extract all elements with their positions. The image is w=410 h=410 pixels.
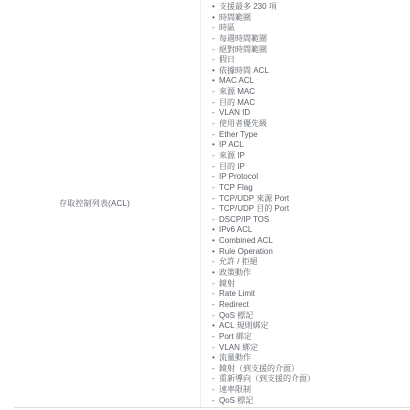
- dash-icon: -: [212, 204, 219, 215]
- list-item-text: 重新導向（到支援的介面）: [219, 374, 315, 383]
- list-item: •MAC ACL: [212, 76, 410, 87]
- list-item-text: 假日: [219, 55, 235, 64]
- list-item: -速率限制: [212, 385, 410, 396]
- list-item: -DSCP/IP TOS: [212, 215, 410, 226]
- list-item: -來源 IP: [212, 151, 410, 162]
- spec-table-row-acl: 存取控制列表(ACL) •支援最多 230 項•時間範圍-時區-每週時間範圍-絕…: [14, 0, 410, 408]
- list-item-text: TCP Flag: [219, 183, 253, 192]
- list-item-text: 速率限制: [219, 385, 251, 394]
- dash-icon: -: [212, 162, 219, 173]
- list-item-text: Port 綁定: [219, 332, 252, 341]
- list-item-text: Redirect: [219, 300, 249, 309]
- list-item-text: 支援最多 230 項: [219, 2, 277, 11]
- list-item: •支援最多 230 項: [212, 2, 410, 13]
- dash-icon: -: [212, 279, 219, 290]
- bullet-icon: •: [212, 321, 219, 332]
- list-item-text: MAC ACL: [219, 76, 254, 85]
- list-item: -Ether Type: [212, 130, 410, 141]
- list-item: •IPv6 ACL: [212, 225, 410, 236]
- list-item: •ACL 規則綁定: [212, 321, 410, 332]
- list-item: -TCP Flag: [212, 183, 410, 194]
- list-item: -假日: [212, 55, 410, 66]
- bullet-icon: •: [212, 353, 219, 364]
- list-item-text: 目的 MAC: [219, 98, 255, 107]
- list-item: -TCP/UDP 來源 Port: [212, 194, 410, 205]
- bullet-icon: •: [212, 268, 219, 279]
- dash-icon: -: [212, 98, 219, 109]
- dash-icon: -: [212, 289, 219, 300]
- feature-label-cell: 存取控制列表(ACL): [14, 0, 200, 407]
- list-item-text: 政策動作: [219, 268, 251, 277]
- dash-icon: -: [212, 374, 219, 385]
- list-item-text: 來源 MAC: [219, 87, 255, 96]
- dash-icon: -: [212, 45, 219, 56]
- list-item-text: QoS 標記: [219, 396, 253, 405]
- list-item: •政策動作: [212, 268, 410, 279]
- dash-icon: -: [212, 364, 219, 375]
- list-item-text: QoS 標記: [219, 311, 253, 320]
- list-item: -QoS 標記: [212, 396, 410, 407]
- dash-icon: -: [212, 119, 219, 130]
- dash-icon: -: [212, 194, 219, 205]
- list-item: •時間範圍: [212, 13, 410, 24]
- list-item: -每週時間範圍: [212, 34, 410, 45]
- list-item: -允許 / 拒絕: [212, 257, 410, 268]
- list-item: -Port 綁定: [212, 332, 410, 343]
- list-item: -QoS 標記: [212, 311, 410, 322]
- bullet-icon: •: [212, 13, 219, 24]
- bullet-icon: •: [212, 236, 219, 247]
- list-item: -Redirect: [212, 300, 410, 311]
- list-item-text: 絕對時間範圍: [219, 45, 267, 54]
- list-item-text: 使用者優先級: [219, 119, 267, 128]
- list-item-text: 時區: [219, 23, 235, 32]
- bullet-icon: •: [212, 76, 219, 87]
- list-item-text: 鏡射: [219, 279, 235, 288]
- list-item-text: DSCP/IP TOS: [219, 215, 269, 224]
- bullet-icon: •: [212, 225, 219, 236]
- dash-icon: -: [212, 396, 219, 407]
- list-item-text: 允許 / 拒絕: [219, 257, 258, 266]
- list-item-text: 流量動作: [219, 353, 251, 362]
- list-item-text: Rule Operation: [219, 247, 273, 256]
- list-item-text: VLAN ID: [219, 108, 250, 117]
- list-item: •IP ACL: [212, 140, 410, 151]
- list-item: -IP Protocol: [212, 172, 410, 183]
- list-item: •Rule Operation: [212, 247, 410, 258]
- dash-icon: -: [212, 55, 219, 66]
- list-item: •Combined ACL: [212, 236, 410, 247]
- dash-icon: -: [212, 151, 219, 162]
- dash-icon: -: [212, 130, 219, 141]
- list-item-text: 依據時間 ACL: [219, 66, 269, 75]
- list-item: -VLAN ID: [212, 108, 410, 119]
- list-item: -使用者優先級: [212, 119, 410, 130]
- list-item-text: 目的 IP: [219, 162, 245, 171]
- list-item-text: IP ACL: [219, 140, 244, 149]
- list-item-text: TCP/UDP 目的 Port: [219, 204, 289, 213]
- list-item-text: ACL 規則綁定: [219, 321, 269, 330]
- list-item-text: IP Protocol: [219, 172, 258, 181]
- list-item: -TCP/UDP 目的 Port: [212, 204, 410, 215]
- feature-label: 存取控制列表(ACL): [59, 198, 130, 209]
- list-item: -絕對時間範圍: [212, 45, 410, 56]
- dash-icon: -: [212, 343, 219, 354]
- bullet-icon: •: [212, 66, 219, 77]
- list-item: -VLAN 綁定: [212, 343, 410, 354]
- list-item: •流量動作: [212, 353, 410, 364]
- dash-icon: -: [212, 172, 219, 183]
- list-item-text: VLAN 綁定: [219, 343, 258, 352]
- list-item: -來源 MAC: [212, 87, 410, 98]
- list-item-text: IPv6 ACL: [219, 225, 252, 234]
- dash-icon: -: [212, 108, 219, 119]
- list-item: -Rate Limit: [212, 289, 410, 300]
- list-item: -鏡射（到支援的介面）: [212, 364, 410, 375]
- dash-icon: -: [212, 34, 219, 45]
- dash-icon: -: [212, 87, 219, 98]
- list-item-text: Rate Limit: [219, 289, 255, 298]
- list-item: -鏡射: [212, 279, 410, 290]
- dash-icon: -: [212, 385, 219, 396]
- list-item: -目的 MAC: [212, 98, 410, 109]
- feature-detail-list: •支援最多 230 項•時間範圍-時區-每週時間範圍-絕對時間範圍-假日•依據時…: [200, 0, 410, 407]
- bullet-icon: •: [212, 247, 219, 258]
- bullet-icon: •: [212, 2, 219, 13]
- list-item-text: 來源 IP: [219, 151, 245, 160]
- list-item-text: 每週時間範圍: [219, 34, 267, 43]
- list-item-text: Combined ACL: [219, 236, 273, 245]
- list-item-text: Ether Type: [219, 130, 258, 139]
- bullet-icon: •: [212, 140, 219, 151]
- dash-icon: -: [212, 23, 219, 34]
- dash-icon: -: [212, 332, 219, 343]
- list-item: -重新導向（到支援的介面）: [212, 374, 410, 385]
- list-item: -目的 IP: [212, 162, 410, 173]
- dash-icon: -: [212, 215, 219, 226]
- list-item-text: 鏡射（到支援的介面）: [219, 364, 299, 373]
- list-item: -時區: [212, 23, 410, 34]
- list-item-text: TCP/UDP 來源 Port: [219, 194, 289, 203]
- dash-icon: -: [212, 257, 219, 268]
- list-item: •依據時間 ACL: [212, 66, 410, 77]
- dash-icon: -: [212, 300, 219, 311]
- list-item-text: 時間範圍: [219, 13, 251, 22]
- dash-icon: -: [212, 311, 219, 322]
- dash-icon: -: [212, 183, 219, 194]
